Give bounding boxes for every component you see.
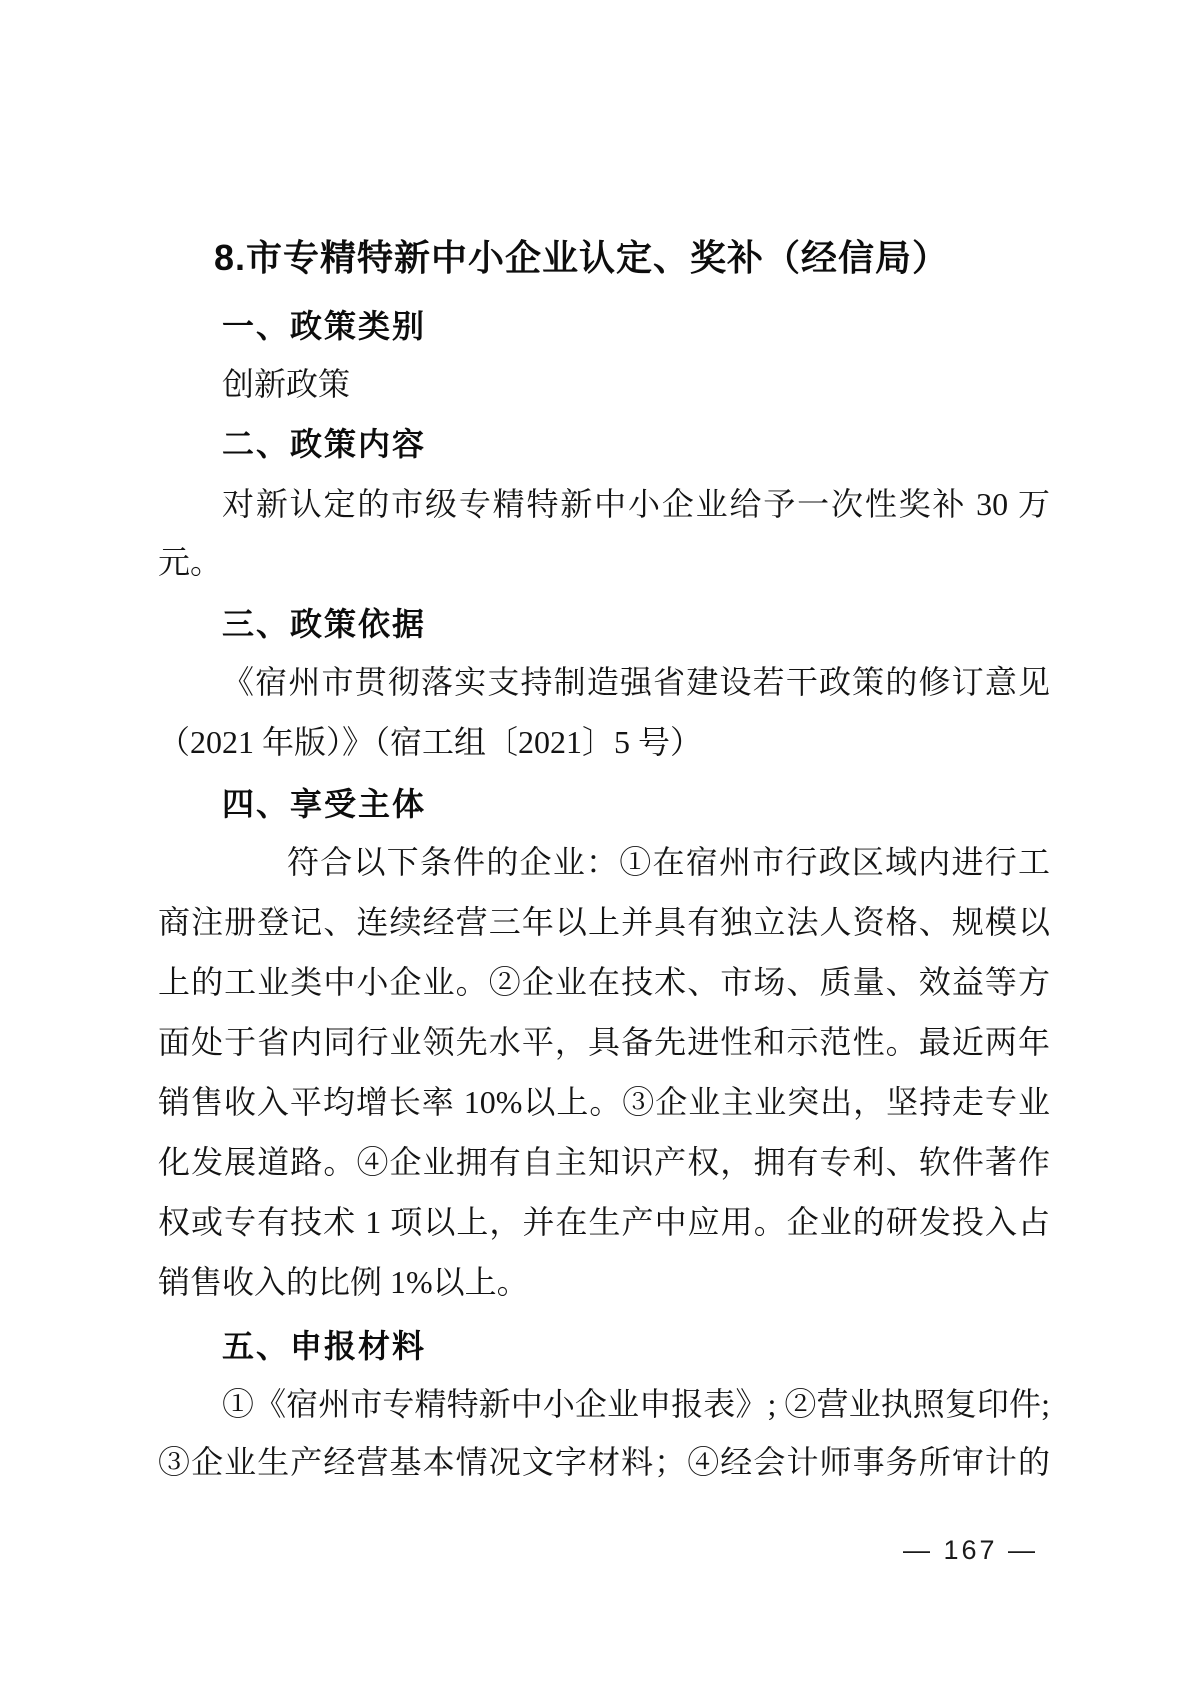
body-line: 上的工业类中小企业。②企业在技术、市场、质量、效益等方 [158, 960, 1050, 1006]
body-line: 销售收入平均增长率 10%以上。③企业主业突出，坚持走专业 [158, 1080, 1050, 1126]
body-line: 化发展道路。④企业拥有自主知识产权，拥有专利、软件著作 [158, 1140, 1050, 1186]
page-number: — 167 — [903, 1534, 1038, 1566]
body-line: 对新认定的市级专精特新中小企业给予一次性奖补 30 万 [222, 482, 1050, 528]
body-line: ①《宿州市专精特新中小企业申报表》; ②营业执照复印件; [222, 1382, 1050, 1428]
body-line: （2021 年版）》（宿工组〔2021〕5 号） [158, 720, 1050, 766]
body-line: ③企业生产经营基本情况文字材料；④经会计师事务所审计的 [158, 1440, 1050, 1486]
body-line: 销售收入的比例 1%以上。 [158, 1260, 1050, 1306]
section-heading-4: 四、享受主体 [222, 782, 1050, 828]
body-line: 创新政策 [222, 362, 1050, 408]
body-line: 商注册登记、连续经营三年以上并具有独立法人资格、规模以 [158, 900, 1050, 946]
section-heading-1: 一、政策类别 [222, 304, 1050, 350]
body-line: 符合以下条件的企业：①在宿州市行政区域内进行工 [287, 840, 1050, 886]
document-page: 8.市专精特新中小企业认定、奖补（经信局） 一、政策类别 创新政策 二、政策内容… [0, 0, 1190, 1683]
doc-title: 8.市专精特新中小企业认定、奖补（经信局） [214, 234, 1074, 284]
body-line: 《宿州市贯彻落实支持制造强省建设若干政策的修订意见 [222, 660, 1050, 706]
body-line: 元。 [158, 540, 1050, 586]
body-line: 权或专有技术 1 项以上，并在生产中应用。企业的研发投入占 [158, 1200, 1050, 1246]
body-line: 面处于省内同行业领先水平，具备先进性和示范性。最近两年 [158, 1020, 1050, 1066]
section-heading-2: 二、政策内容 [222, 422, 1050, 468]
section-heading-5: 五、申报材料 [222, 1324, 1050, 1370]
section-heading-3: 三、政策依据 [222, 602, 1050, 648]
